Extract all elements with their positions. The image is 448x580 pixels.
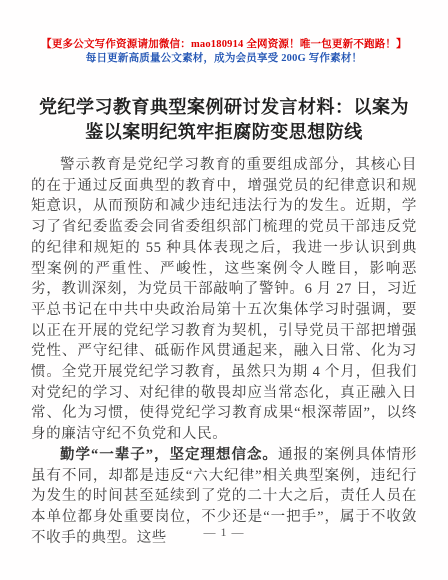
- paragraph-2-lead: 勤学“一辈子”，坚定理想信念。: [60, 447, 278, 463]
- paragraph-1: 警示教育是党纪学习教育的重要组成部分，其核心目的在于通过反面典型的教育中，增强党…: [31, 155, 417, 445]
- promo-banner-line1: 【更多公文写作资源请加微信：mao180914 全网资源！唯一包更新不跑路！】: [31, 38, 417, 52]
- document-title: 党纪学习教育典型案例研讨发言材料：以案为鉴以案明纪筑牢拒腐防变思想防线: [35, 95, 413, 145]
- document-page: 【更多公文写作资源请加微信：mao180914 全网资源！唯一包更新不跑路！】 …: [0, 0, 448, 580]
- promo-banner: 【更多公文写作资源请加微信：mao180914 全网资源！唯一包更新不跑路！】 …: [31, 38, 417, 66]
- promo-banner-line2: 每日更新高质量公文素材，成为会员享受 200G 写作素材！: [31, 52, 417, 66]
- page-number: — 1 —: [0, 525, 448, 540]
- paragraph-1-text: 警示教育是党纪学习教育的重要组成部分，其核心目的在于通过反面典型的教育中，增强党…: [31, 157, 417, 442]
